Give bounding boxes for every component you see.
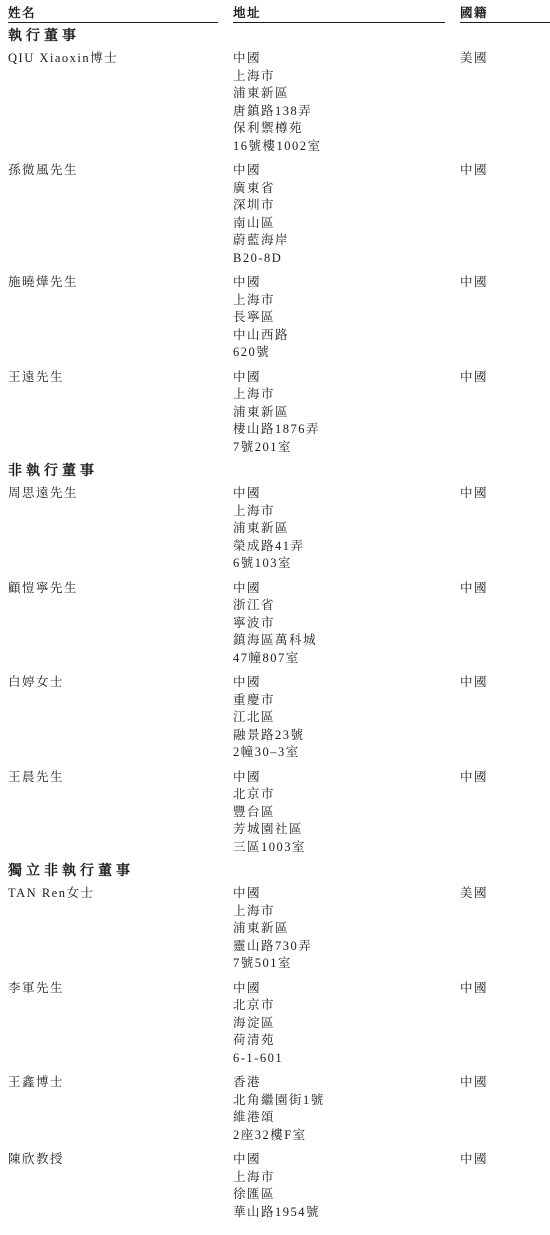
address-line: 中國: [233, 580, 445, 598]
address-line: 廣東省: [233, 180, 445, 198]
director-address: 中國北京市豐台區芳城園社區三區1003室: [233, 769, 445, 857]
director-nationality: 中國: [460, 162, 550, 267]
director-row: QIU Xiaoxin博士 中國上海市浦東新區唐鎮路138弄保利禦樽苑16號樓1…: [8, 50, 550, 155]
address-line: 北角繼園街1號: [233, 1092, 445, 1110]
address-line: 保利禦樽苑: [233, 120, 445, 138]
address-line: 徐匯區: [233, 1186, 445, 1204]
director-row: 王晨先生 中國北京市豐台區芳城園社區三區1003室 中國: [8, 769, 550, 857]
director-row: 白婷女士 中國重慶市江北區融景路23號2幢30–3室 中國: [8, 674, 550, 762]
address-line: 7號501室: [233, 955, 445, 973]
address-line: 棲山路1876弄: [233, 421, 445, 439]
director-row: 陳欣教授 中國上海市徐匯區華山路1954號 中國: [8, 1151, 550, 1221]
address-line: 7號201室: [233, 439, 445, 457]
address-line: 江北區: [233, 709, 445, 727]
director-section: 執行董事 QIU Xiaoxin博士 中國上海市浦東新區唐鎮路138弄保利禦樽苑…: [8, 28, 550, 456]
director-name: 白婷女士: [8, 674, 218, 762]
address-line: 華山路1954號: [233, 1204, 445, 1222]
address-line: 6號103室: [233, 555, 445, 573]
address-line: 浦東新區: [233, 404, 445, 422]
director-nationality: 中國: [460, 369, 550, 457]
address-line: 中國: [233, 369, 445, 387]
director-nationality: 中國: [460, 485, 550, 573]
section-rows: TAN Ren女士 中國上海市浦東新區靈山路730弄7號501室 美國 李軍先生…: [8, 885, 550, 1221]
address-line: 上海市: [233, 292, 445, 310]
address-line: 重慶市: [233, 692, 445, 710]
address-line: 6-1-601: [233, 1050, 445, 1068]
director-row: 施曉燁先生 中國上海市長寧區中山西路620號 中國: [8, 274, 550, 362]
director-name: QIU Xiaoxin博士: [8, 50, 218, 155]
director-address: 中國上海市浦東新區榮成路41弄6號103室: [233, 485, 445, 573]
address-line: 豐台區: [233, 804, 445, 822]
address-line: 中國: [233, 674, 445, 692]
director-address: 香港北角繼園街1號維港頌2座32樓F室: [233, 1074, 445, 1144]
address-line: 芳城園社區: [233, 821, 445, 839]
address-line: 維港頌: [233, 1109, 445, 1127]
address-line: 中國: [233, 885, 445, 903]
director-address: 中國重慶市江北區融景路23號2幢30–3室: [233, 674, 445, 762]
address-line: 三區1003室: [233, 839, 445, 857]
director-nationality: 中國: [460, 1151, 550, 1221]
director-row: TAN Ren女士 中國上海市浦東新區靈山路730弄7號501室 美國: [8, 885, 550, 973]
address-line: 中國: [233, 274, 445, 292]
address-line: 融景路23號: [233, 727, 445, 745]
column-header-address: 地址: [233, 4, 445, 23]
address-line: 620號: [233, 344, 445, 362]
director-name: 李軍先生: [8, 980, 218, 1068]
director-name: 孫微風先生: [8, 162, 218, 267]
director-name: 陳欣教授: [8, 1151, 218, 1221]
address-line: 中國: [233, 50, 445, 68]
address-line: 長寧區: [233, 309, 445, 327]
director-address: 中國上海市浦東新區靈山路730弄7號501室: [233, 885, 445, 973]
director-row: 孫微風先生 中國廣東省深圳市南山區蔚藍海岸B20-8D 中國: [8, 162, 550, 267]
director-nationality: 中國: [460, 980, 550, 1068]
director-address: 中國上海市浦東新區棲山路1876弄7號201室: [233, 369, 445, 457]
section-rows: QIU Xiaoxin博士 中國上海市浦東新區唐鎮路138弄保利禦樽苑16號樓1…: [8, 50, 550, 456]
address-line: 唐鎮路138弄: [233, 103, 445, 121]
column-header-name: 姓名: [8, 4, 218, 23]
address-line: 上海市: [233, 68, 445, 86]
directors-table-body: 執行董事 QIU Xiaoxin博士 中國上海市浦東新區唐鎮路138弄保利禦樽苑…: [8, 28, 550, 1221]
director-nationality: 中國: [460, 580, 550, 668]
table-header-row: 姓名 地址 國籍: [8, 4, 550, 23]
director-name: 周思遠先生: [8, 485, 218, 573]
address-line: 靈山路730弄: [233, 938, 445, 956]
section-title: 獨立非執行董事: [8, 863, 550, 881]
director-name: 王鑫博士: [8, 1074, 218, 1144]
address-line: 2座32樓F室: [233, 1127, 445, 1145]
director-row: 王鑫博士 香港北角繼園街1號維港頌2座32樓F室 中國: [8, 1074, 550, 1144]
address-line: 寧波市: [233, 615, 445, 633]
address-line: 中國: [233, 1151, 445, 1169]
address-line: 47幢807室: [233, 650, 445, 668]
address-line: 上海市: [233, 386, 445, 404]
address-line: 北京市: [233, 786, 445, 804]
director-name: TAN Ren女士: [8, 885, 218, 973]
director-row: 李軍先生 中國北京市海淀區荷清苑6-1-601 中國: [8, 980, 550, 1068]
directors-list-page: 姓名 地址 國籍 執行董事 QIU Xiaoxin博士 中國上海市浦東新區唐鎮路…: [0, 0, 550, 1235]
address-line: 浦東新區: [233, 520, 445, 538]
address-line: 榮成路41弄: [233, 538, 445, 556]
director-name: 施曉燁先生: [8, 274, 218, 362]
address-line: 荷清苑: [233, 1032, 445, 1050]
section-rows: 周思遠先生 中國上海市浦東新區榮成路41弄6號103室 中國 顧愷寧先生 中國浙…: [8, 485, 550, 856]
address-line: 2幢30–3室: [233, 744, 445, 762]
director-nationality: 美國: [460, 50, 550, 155]
address-line: 上海市: [233, 903, 445, 921]
address-line: 中國: [233, 769, 445, 787]
address-line: 上海市: [233, 1169, 445, 1187]
director-section: 非執行董事 周思遠先生 中國上海市浦東新區榮成路41弄6號103室 中國 顧愷寧…: [8, 463, 550, 856]
address-line: 中國: [233, 485, 445, 503]
address-line: 上海市: [233, 503, 445, 521]
column-header-nationality: 國籍: [460, 4, 550, 23]
section-title: 執行董事: [8, 28, 550, 46]
director-address: 中國北京市海淀區荷清苑6-1-601: [233, 980, 445, 1068]
director-row: 周思遠先生 中國上海市浦東新區榮成路41弄6號103室 中國: [8, 485, 550, 573]
address-line: 海淀區: [233, 1015, 445, 1033]
address-line: B20-8D: [233, 250, 445, 268]
director-section: 獨立非執行董事 TAN Ren女士 中國上海市浦東新區靈山路730弄7號501室…: [8, 863, 550, 1221]
director-nationality: 中國: [460, 274, 550, 362]
director-name: 顧愷寧先生: [8, 580, 218, 668]
address-line: 深圳市: [233, 197, 445, 215]
address-line: 中國: [233, 980, 445, 998]
director-nationality: 中國: [460, 769, 550, 857]
address-line: 北京市: [233, 997, 445, 1015]
address-line: 浦東新區: [233, 85, 445, 103]
address-line: 16號樓1002室: [233, 138, 445, 156]
director-address: 中國上海市徐匯區華山路1954號: [233, 1151, 445, 1221]
address-line: 浙江省: [233, 597, 445, 615]
address-line: 浦東新區: [233, 920, 445, 938]
address-line: 鎮海區萬科城: [233, 632, 445, 650]
director-address: 中國浙江省寧波市鎮海區萬科城47幢807室: [233, 580, 445, 668]
director-name: 王晨先生: [8, 769, 218, 857]
director-address: 中國上海市浦東新區唐鎮路138弄保利禦樽苑16號樓1002室: [233, 50, 445, 155]
address-line: 南山區: [233, 215, 445, 233]
director-nationality: 中國: [460, 1074, 550, 1144]
address-line: 中國: [233, 162, 445, 180]
director-nationality: 美國: [460, 885, 550, 973]
address-line: 香港: [233, 1074, 445, 1092]
director-row: 王遠先生 中國上海市浦東新區棲山路1876弄7號201室 中國: [8, 369, 550, 457]
director-name: 王遠先生: [8, 369, 218, 457]
director-address: 中國廣東省深圳市南山區蔚藍海岸B20-8D: [233, 162, 445, 267]
director-nationality: 中國: [460, 674, 550, 762]
section-title: 非執行董事: [8, 463, 550, 481]
director-address: 中國上海市長寧區中山西路620號: [233, 274, 445, 362]
director-row: 顧愷寧先生 中國浙江省寧波市鎮海區萬科城47幢807室 中國: [8, 580, 550, 668]
address-line: 蔚藍海岸: [233, 232, 445, 250]
address-line: 中山西路: [233, 327, 445, 345]
